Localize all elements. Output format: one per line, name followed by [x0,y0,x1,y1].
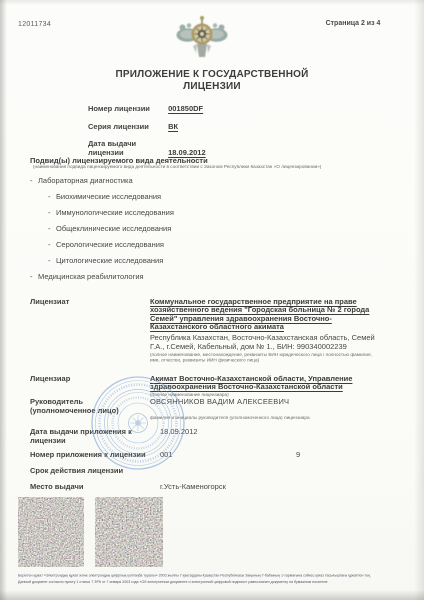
licensor-label: Лицензиар [30,375,70,384]
list-item-label: Медицинская реабилитология [38,272,144,281]
page-title-line2: ЛИЦЕНЗИИ [0,81,424,93]
list-item-label: Лабораторная диагностика [38,176,133,185]
attachment-date-label: Дата выдачи приложения к лицензии [30,428,148,445]
page-title-line1: ПРИЛОЖЕНИЕ К ГОСУДАРСТВЕННОЙ [0,69,424,81]
head-official-label: Руководитель (уполномоченное лицо) [30,398,145,415]
license-issue-date-label: Дата выдачи лицензии [88,139,166,157]
list-item-label: Иммунологические исследования [56,208,174,217]
page-title: ПРИЛОЖЕНИЕ К ГОСУДАРСТВЕННОЙ ЛИЦЕНЗИИ [0,69,424,93]
subtypes-heading: Подвид(ы) лицензируемого вида деятельнос… [30,156,208,165]
footer-legal-note: Берілген құжат «Электрондық құжат және э… [18,573,414,586]
list-bullet: - [48,189,56,205]
scanned-page: 12011734 Страница 2 из 4 ПРИЛОЖЕНИЕ [0,0,424,600]
license-number-value: 001850DF [168,104,206,113]
list-bullet: - [48,253,56,269]
scan-edge-top [0,0,424,5]
attachment-date-value: 18.09.2012 [160,428,198,437]
license-series-value: ВК [168,122,181,131]
list-bullet: - [48,221,56,237]
issue-place-label: Место выдачи [30,483,148,492]
issue-place-value: г.Усть-Каменогорск [160,483,226,492]
license-fields: Номер лицензии 001850DF Серия лицензии В… [88,104,388,157]
license-term-label: Срок действия лицензии [30,467,148,476]
list-bullet: - [48,237,56,253]
list-bullet: - [30,173,38,189]
list-item: -Общеклинические исследования [30,221,360,237]
license-term-row: Срок действия лицензии [30,467,396,476]
attachment-number-row: Номер приложения к лицензии001 9 [30,451,396,460]
page-indicator: Страница 2 из 4 [300,20,406,27]
attachment-number-label: Номер приложения к лицензии [30,451,148,460]
list-item-label: Общеклинические исследования [56,224,171,233]
licensee-label: Лицензиат [30,298,69,307]
attachment-number-value: 001 [160,451,173,460]
issue-place-row: Место выдачиг.Усть-Каменогорск [30,483,396,492]
datamatrix-barcode-icon [18,497,84,567]
attachment-date-row: Дата выдачи приложения к лицензии18.09.2… [30,428,396,445]
list-item-label: Цитологические исследования [56,256,163,265]
list-item: -Серологические исследования [30,237,360,253]
list-item: -Лабораторная диагностика [30,173,360,189]
head-official-value: ОВСЯННИКОВ ВАДИМ АЛЕКСЕЕВИЧ [150,398,382,406]
document-number: 12011734 [18,21,51,28]
license-number-label: Номер лицензии [88,104,166,113]
license-number-row: Номер лицензии 001850DF [88,104,388,122]
subtypes-list: -Лабораторная диагностика -Биохимические… [30,173,360,285]
list-bullet: - [30,269,38,285]
list-bullet: - [48,205,56,221]
licensee-note: (полное наименование, местонахождение, р… [150,353,376,364]
head-official-note: фамилия и инициалы руководителя (уполном… [150,416,384,422]
subtypes-note: (наименования подвида лицензируемого вид… [33,165,400,171]
list-item-label: Биохимические исследования [56,192,161,201]
list-item: -Иммунологические исследования [30,205,360,221]
list-item: -Медицинская реабилитология [30,269,360,285]
license-issue-date-row: Дата выдачи лицензии 18.09.2012 [88,139,388,157]
licensee-block: Коммунальное государственное предприятие… [150,298,382,368]
datamatrix-barcode-icon [95,497,163,567]
kazakhstan-coat-of-arms-icon [176,12,228,62]
scan-edge-bottom [0,590,424,600]
attachment-number-extra: 9 [296,451,300,460]
list-item: -Биохимические исследования [30,189,360,205]
licensee-name: Коммунальное государственное предприятие… [150,298,382,332]
licensee-address: Республика Казахстан, Восточно-Казахстан… [150,334,382,351]
list-item: -Цитологические исследования [30,253,360,269]
license-series-label: Серия лицензии [88,122,166,131]
footer-legal-line-ru: Данный документ согласно пункту 1 статьи… [18,580,414,587]
list-item-label: Серологические исследования [56,240,164,249]
licensor-name: Акимат Восточно-Казахстанской области, У… [150,375,382,392]
license-series-row: Серия лицензии ВК [88,122,388,140]
